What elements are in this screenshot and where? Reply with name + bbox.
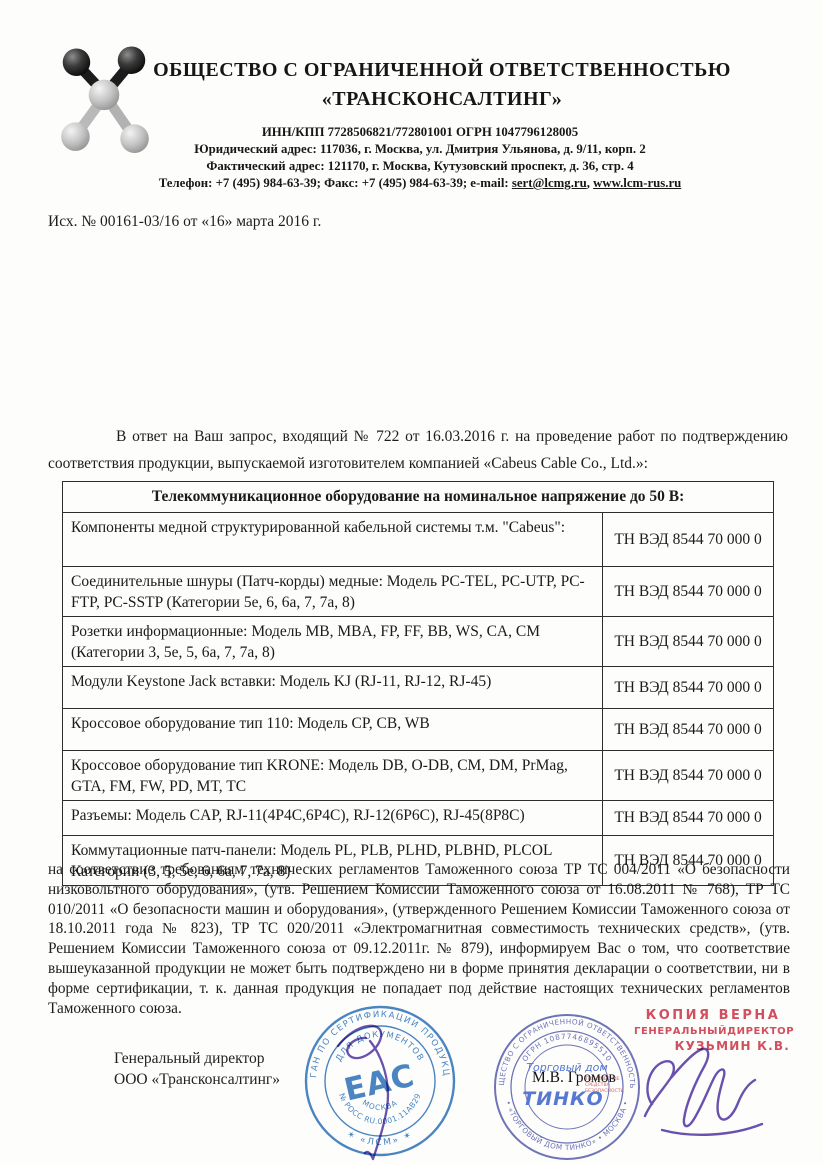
company-name-line1: ОБЩЕСТВО С ОГРАНИЧЕННОЙ ОТВЕТСТВЕННОСТЬЮ bbox=[120, 56, 764, 85]
signer-title-line1: Генеральный директор bbox=[114, 1048, 280, 1069]
tn-ved-code: ТН ВЭД 8544 70 000 0 bbox=[603, 567, 774, 617]
table-row: Модули Keystone Jack вставки: Модель KJ … bbox=[63, 667, 774, 709]
product-description: Модули Keystone Jack вставки: Модель KJ … bbox=[63, 667, 603, 709]
product-description: Кроссовое оборудование тип 110: Модель C… bbox=[63, 709, 603, 751]
table-row: Соединительные шнуры (Патч-корды) медные… bbox=[63, 567, 774, 617]
product-description: Разъемы: Модель CAP, RJ-11(4P4C,6P4C), R… bbox=[63, 801, 603, 836]
table-title: Телекоммуникационное оборудование на ном… bbox=[63, 482, 774, 513]
product-description: Розетки информационные: Модель MB, MBA, … bbox=[63, 617, 603, 667]
actual-address-line: Фактический адрес: 121170, г. Москва, Ку… bbox=[60, 158, 780, 175]
copy-stamp-role-left: ГЕНЕРАЛЬНЫЙ bbox=[634, 1026, 727, 1037]
tinko-small-text-3: БЕЗОПАСНОСТИ bbox=[585, 1088, 624, 1094]
email-text: sert@lcmg.ru bbox=[512, 176, 587, 190]
table-row: Кроссовое оборудование тип 110: Модель C… bbox=[63, 709, 774, 751]
website-text: www.lcm-rus.ru bbox=[593, 176, 681, 190]
company-requisites: ИНН/КПП 7728506821/772801001 ОГРН 104779… bbox=[60, 124, 780, 192]
table-row: Разъемы: Модель CAP, RJ-11(4P4C,6P4C), R… bbox=[63, 801, 774, 836]
gromov-signer-name: М.В. Громов bbox=[532, 1069, 616, 1087]
tn-ved-code: ТН ВЭД 8544 70 000 0 bbox=[603, 751, 774, 801]
tinko-stamp-ogrn-text: ОГРН 1087746895510 bbox=[520, 1032, 614, 1063]
signature-block: Генеральный директор ООО «Трансконсалтин… bbox=[114, 1048, 280, 1090]
inn-ogrn-line: ИНН/КПП 7728506821/772801001 ОГРН 104779… bbox=[60, 124, 780, 141]
product-description: Кроссовое оборудование тип KRONE: Модель… bbox=[63, 751, 603, 801]
signer-title-line2: ООО «Трансконсалтинг» bbox=[114, 1069, 280, 1090]
intro-paragraph: В ответ на Ваш запрос, входящий № 722 от… bbox=[48, 424, 788, 477]
table-row: Компоненты медной структурированной кабе… bbox=[63, 513, 774, 567]
tn-ved-code: ТН ВЭД 8544 70 000 0 bbox=[603, 667, 774, 709]
phone-line: Телефон: +7 (495) 984-63-39; Факс: +7 (4… bbox=[60, 175, 780, 192]
tinko-round-stamp: ОБЩЕСТВО С ОГРАНИЧЕННОЙ ОТВЕТСТВЕННОСТЬЮ… bbox=[489, 1009, 645, 1165]
copy-stamp-role-right: ДИРЕКТОР bbox=[727, 1026, 794, 1037]
tn-ved-code: ТН ВЭД 8544 70 000 0 bbox=[603, 801, 774, 836]
table-title-row: Телекоммуникационное оборудование на ном… bbox=[63, 482, 774, 513]
phone-fax-text: Телефон: +7 (495) 984-63-39; Факс: +7 (4… bbox=[159, 176, 512, 190]
closing-paragraph: на соответствие требованиям технических … bbox=[48, 860, 790, 1018]
legal-address-line: Юридический адрес: 117036, г. Москва, ул… bbox=[60, 141, 780, 158]
copy-stamp-title: КОПИЯ ВЕРНА bbox=[634, 1008, 792, 1023]
scanned-letter-page: ОБЩЕСТВО С ОГРАНИЧЕННОЙ ОТВЕТСТВЕННОСТЬЮ… bbox=[0, 0, 823, 1165]
kuzmin-signature bbox=[628, 1038, 798, 1143]
company-name: ОБЩЕСТВО С ОГРАНИЧЕННОЙ ОТВЕТСТВЕННОСТЬЮ… bbox=[120, 56, 764, 114]
copy-stamp-role-line: ГЕНЕРАЛЬНЫЙ ДИРЕКТОР bbox=[634, 1026, 792, 1037]
product-description: Компоненты медной структурированной кабе… bbox=[63, 513, 603, 567]
table-row: Розетки информационные: Модель MB, MBA, … bbox=[63, 617, 774, 667]
tn-ved-code: ТН ВЭД 8544 70 000 0 bbox=[603, 513, 774, 567]
table-row: Кроссовое оборудование тип KRONE: Модель… bbox=[63, 751, 774, 801]
tn-ved-code: ТН ВЭД 8544 70 000 0 bbox=[603, 617, 774, 667]
svg-text:ОГРН 1087746895510: ОГРН 1087746895510 bbox=[520, 1032, 614, 1063]
director-signature bbox=[308, 1010, 448, 1162]
company-name-line2: «ТРАНСКОНСАЛТИНГ» bbox=[120, 85, 764, 114]
product-description: Соединительные шнуры (Патч-корды) медные… bbox=[63, 567, 603, 617]
product-table: Телекоммуникационное оборудование на ном… bbox=[62, 481, 774, 886]
tn-ved-code: ТН ВЭД 8544 70 000 0 bbox=[603, 709, 774, 751]
outgoing-reference-line: Исх. № 00161-03/16 от «16» марта 2016 г. bbox=[48, 213, 321, 231]
